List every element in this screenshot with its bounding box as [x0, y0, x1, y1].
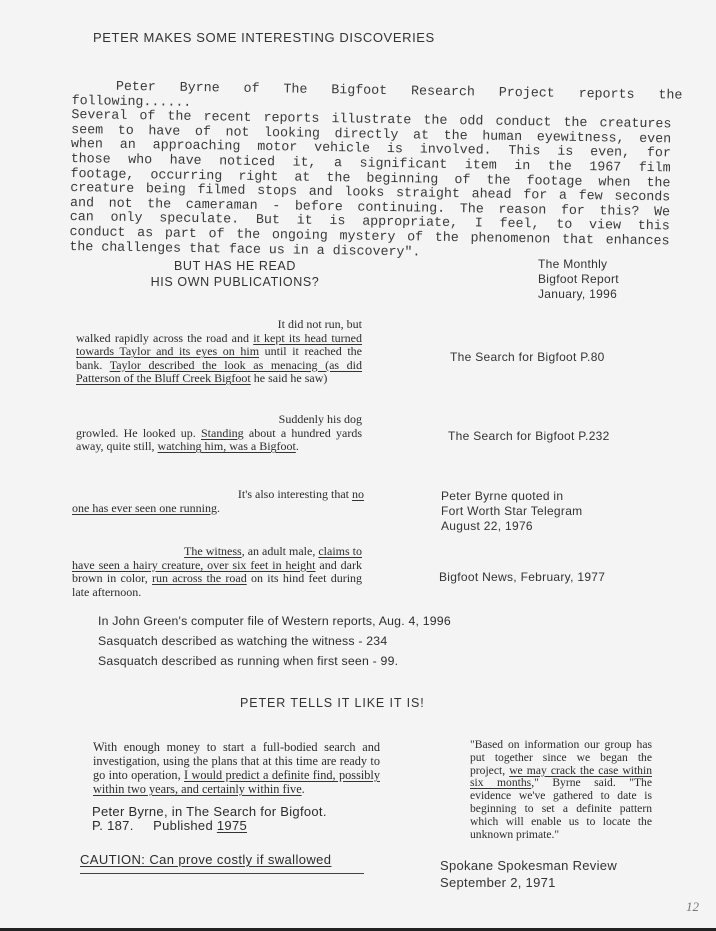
citation-line: The Monthly: [538, 257, 619, 272]
citation-line: Bigfoot Report: [538, 272, 619, 287]
clipping-spokane: "Based on information our group has put …: [470, 739, 652, 841]
clipping-text: It's also interesting that: [238, 487, 352, 501]
clipping-text: growled. He looked up.: [76, 426, 201, 440]
citation-bigfoot-news: Bigfoot News, February, 1977: [439, 570, 605, 585]
clipping-text: walked rapidly across the road and: [76, 331, 253, 345]
clipping-text: .: [217, 501, 220, 515]
clipping-text: .: [296, 439, 299, 453]
underlined-phrase: Standing: [201, 426, 244, 440]
underlined-phrase: The witness: [184, 544, 242, 558]
question-heading: BUT HAS HE READ HIS OWN PUBLICATIONS?: [120, 258, 350, 290]
summary-line-running: Sasquatch described as running when firs…: [98, 651, 451, 671]
citation-line: September 2, 1971: [440, 874, 617, 891]
clipping-text: , an adult male,: [242, 544, 319, 558]
clipping-running: It's also interesting that no one has ev…: [72, 488, 364, 515]
clipping-witness: The witness, an adult male, claims to ha…: [72, 545, 362, 599]
clipping-text: he said he saw): [251, 371, 328, 385]
underlined-phrase: claims to: [318, 544, 362, 558]
citation-fort-worth: Peter Byrne quoted in Fort Worth Star Te…: [441, 489, 582, 534]
underlined-year: 1975: [217, 818, 247, 833]
underlined-phrase: one has ever seen one running: [72, 501, 217, 515]
clipping-dog: Suddenly his dog growled. He looked up. …: [76, 413, 362, 454]
divider: [80, 873, 364, 874]
underlined-phrase: have seen a hairy creature, over six fee…: [72, 558, 316, 572]
citation-peter-byrne-p187: Peter Byrne, in The Search for Bigfoot. …: [92, 805, 327, 833]
citation-search-p80: The Search for Bigfoot P.80: [450, 350, 605, 365]
citation-line: Spokane Spokesman Review: [440, 857, 617, 874]
summary-line-watching: Sasquatch described as watching the witn…: [98, 631, 451, 651]
clipping-prediction: With enough money to start a full-bodied…: [93, 740, 380, 796]
page-title: PETER MAKES SOME INTERESTING DISCOVERIES: [93, 30, 435, 45]
caution-note: CAUTION: Can prove costly if swallowed: [80, 852, 331, 867]
citation-monthly-bigfoot-report: The Monthly Bigfoot Report January, 1996: [538, 257, 619, 302]
clipping-text: Suddenly his dog: [76, 413, 362, 427]
underlined-phrase: run across the road: [152, 571, 247, 585]
citation-line: Peter Byrne, in The Search for Bigfoot.: [92, 805, 327, 819]
citation-line: P. 187. Published: [92, 818, 217, 833]
clipping-taylor: It did not run, but walked rapidly acros…: [76, 318, 362, 386]
question-heading-line: HIS OWN PUBLICATIONS?: [120, 274, 350, 290]
clipping-text: It did not run, but: [76, 318, 362, 332]
underlined-phrase: no: [352, 487, 364, 501]
citation-line: Peter Byrne quoted in: [441, 489, 582, 504]
underlined-phrase: watching him, was a Bigfoot: [158, 439, 296, 453]
page-number: 12: [686, 899, 699, 915]
question-heading-line: BUT HAS HE READ: [120, 258, 350, 274]
section-heading-tells: PETER TELLS IT LIKE IT IS!: [240, 696, 425, 710]
citation-line: Fort Worth Star Telegram: [441, 504, 582, 519]
citation-spokane: Spokane Spokesman Review September 2, 19…: [440, 857, 617, 891]
citation-line: August 22, 1976: [441, 519, 582, 534]
citation-line: January, 1996: [538, 287, 619, 302]
clipping-text: .: [302, 782, 305, 796]
citation-search-p232: The Search for Bigfoot P.232: [448, 429, 610, 444]
summary-line: In John Green's computer file of Western…: [98, 611, 451, 631]
intro-paragraph: Peter Byrne of The Bigfoot Research Proj…: [69, 79, 672, 264]
john-green-file-summary: In John Green's computer file of Western…: [98, 611, 451, 671]
